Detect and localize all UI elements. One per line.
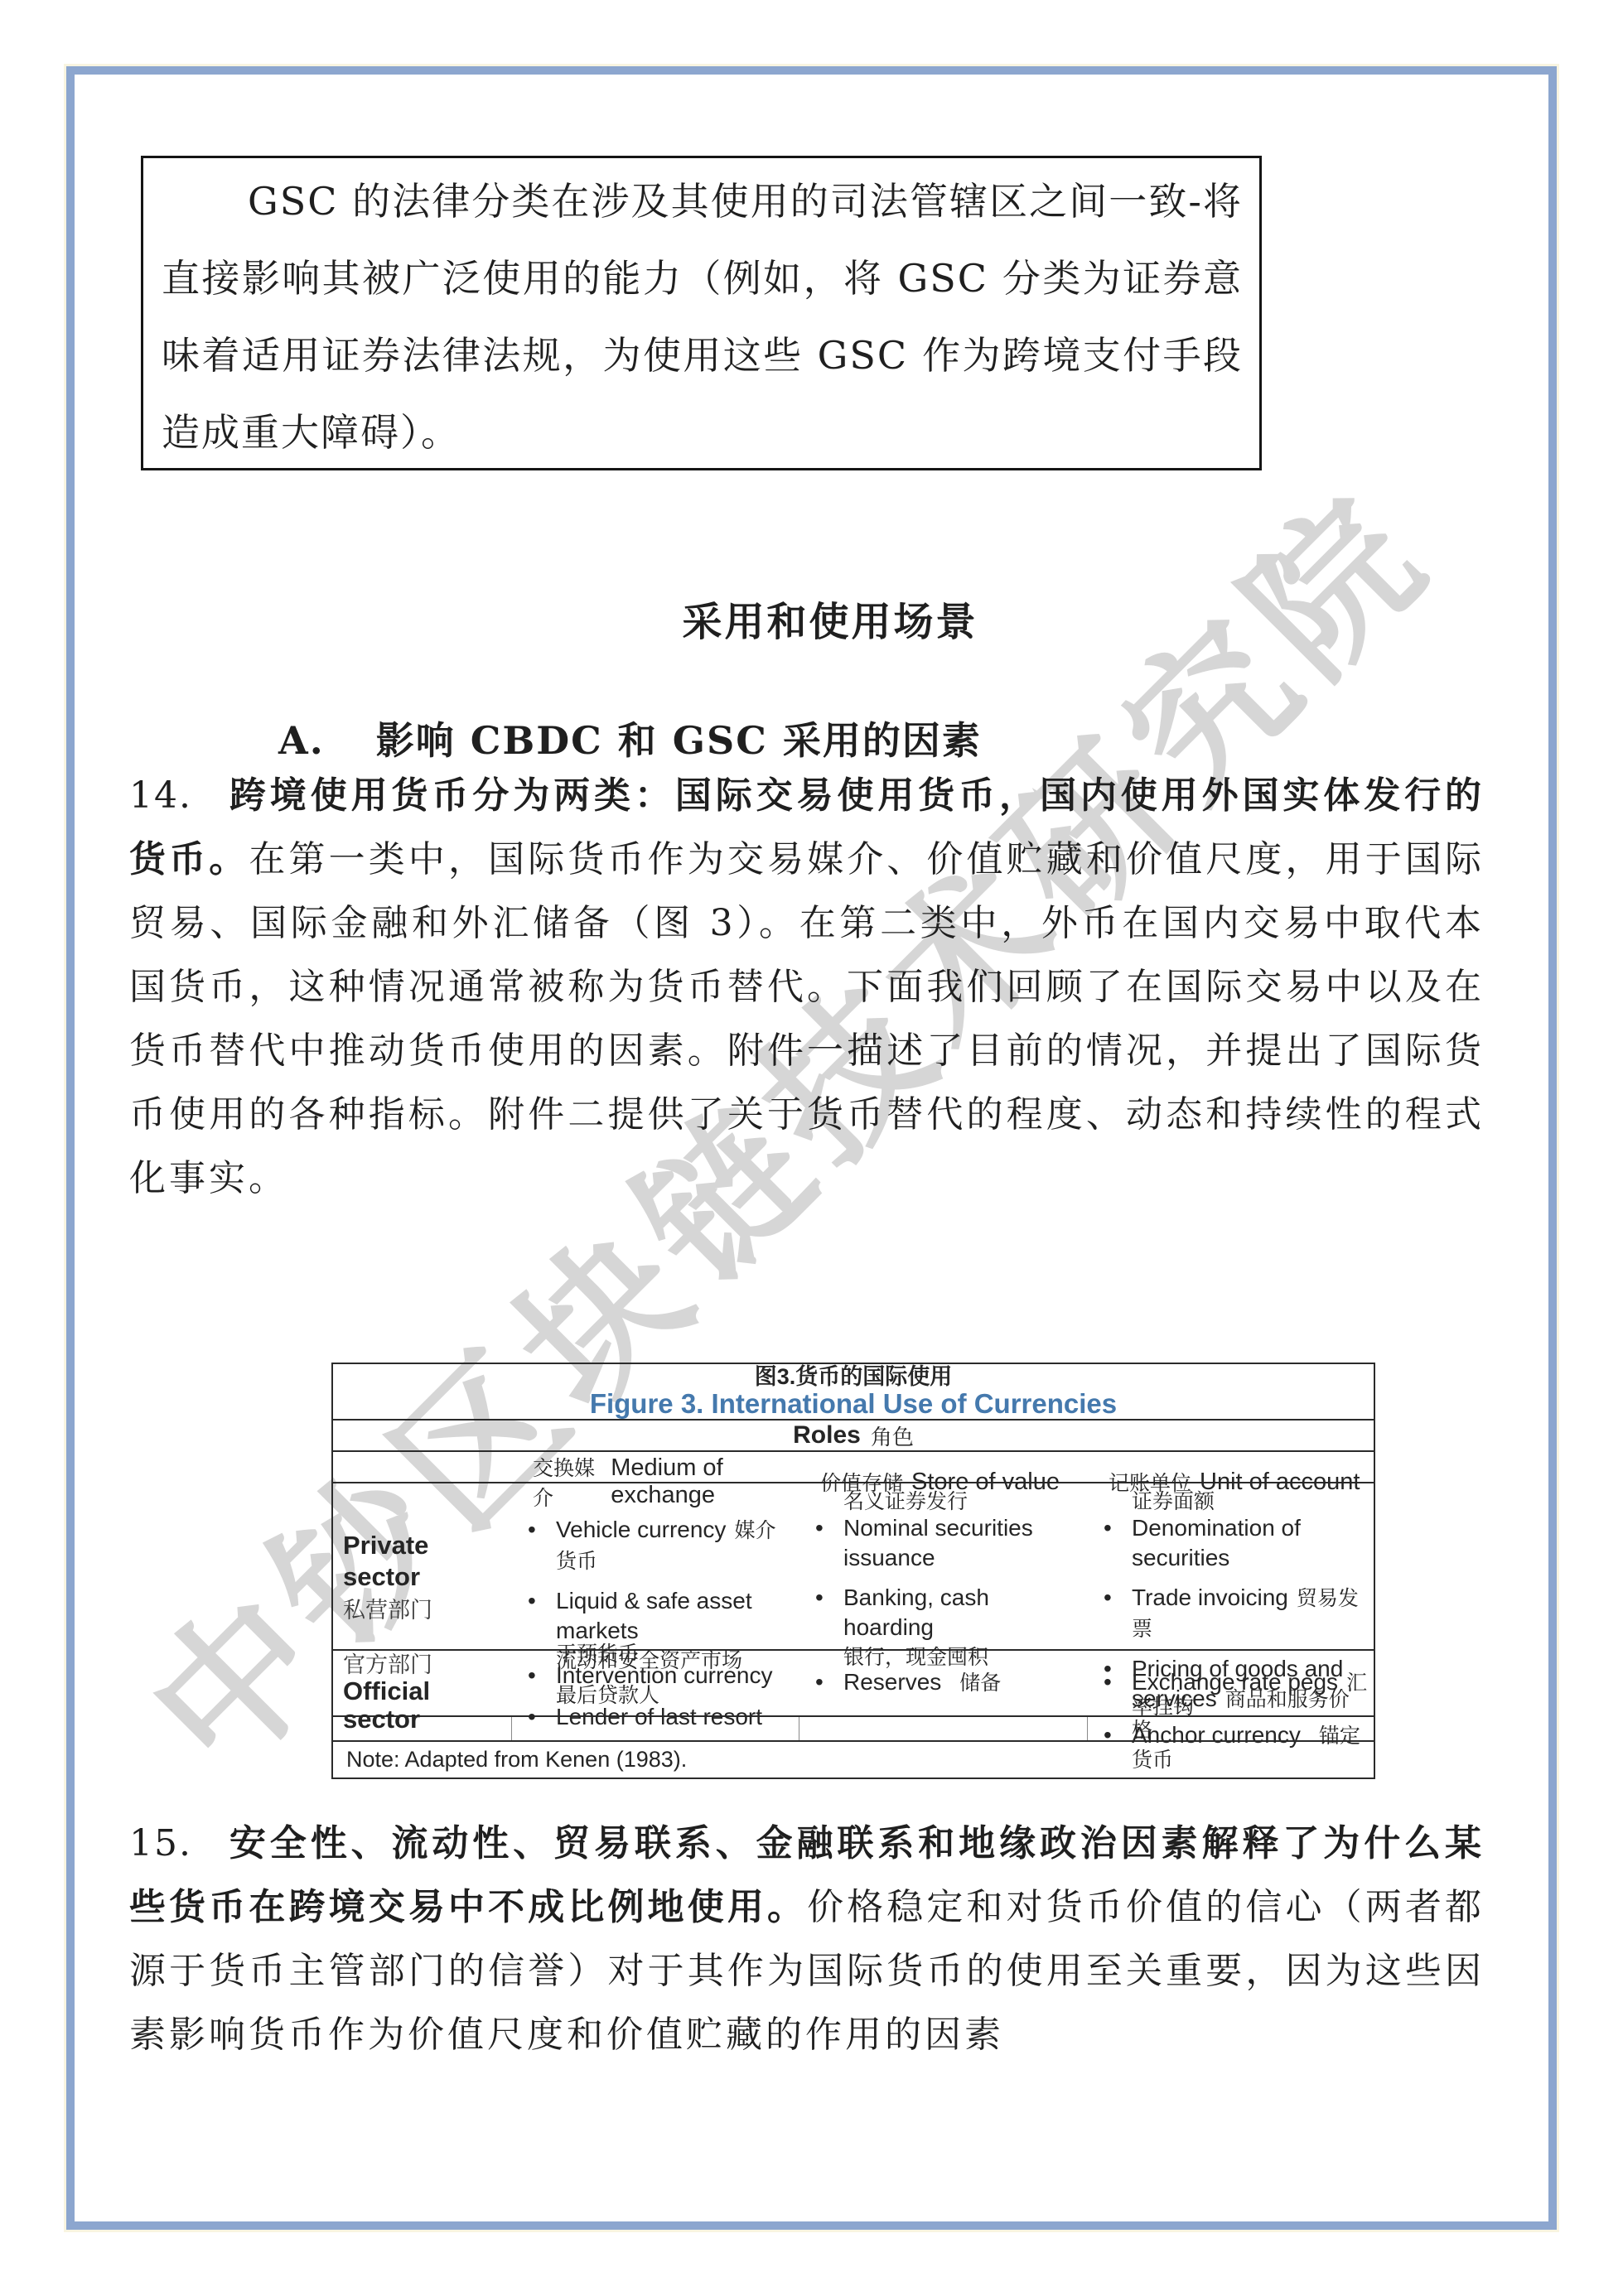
table-row-official-sector: 官方部门 Official sector 干预货币 • Intervention… <box>333 1651 1374 1717</box>
list-item-zh: 名义证券发行 <box>812 1490 1082 1513</box>
bullet-icon: • <box>1100 1583 1132 1644</box>
paragraph-14: 14.跨境使用货币分为两类：国际交易使用货币，国内使用外国实体发行的货币。在第一… <box>129 764 1485 1210</box>
bullet-icon: • <box>524 1586 556 1646</box>
bullet-icon: • <box>812 1513 843 1573</box>
list-item: • Denomination of securities <box>1100 1513 1369 1573</box>
bullet-icon: • <box>812 1671 843 1695</box>
paragraph-number: 14. <box>129 774 192 817</box>
figure-note: Note: Adapted from Kenen (1983). <box>333 1742 1374 1777</box>
list-item-zh: 干预货币 <box>524 1644 794 1664</box>
table-roles-header: Roles 角色 <box>333 1421 1374 1452</box>
list-item: • Exchange rate pegs汇率挂钩 <box>1100 1671 1369 1719</box>
list-item: • Trade invoicing贸易发票 <box>1100 1583 1369 1644</box>
table-column-headers: 交换媒介 Medium of exchange 价值存储 Store of va… <box>333 1452 1374 1483</box>
subsection-heading: A.影响 CBDC 和 GSC 采用的因素 <box>129 711 1485 765</box>
paragraph-15: 15.安全性、流动性、贸易联系、金融联系和地缘政治因素解释了为什么某些货币在跨境… <box>129 1811 1485 2067</box>
roles-label-zh: 角色 <box>871 1421 914 1451</box>
list-item-zh: 最后贷款人 <box>524 1686 794 1705</box>
callout-box: GSC 的法律分类在涉及其使用的司法管辖区之间一致-将直接影响其被广泛使用的能力… <box>141 156 1262 470</box>
list-item: • Reserves储备 <box>812 1671 1082 1695</box>
figure-3-table: 图3.货币的国际使用 Figure 3. International Use o… <box>331 1363 1375 1779</box>
list-item-zh: 证券面额 <box>1100 1490 1369 1513</box>
callout-text: GSC 的法律分类在涉及其使用的司法管辖区之间一致-将直接影响其被广泛使用的能力… <box>162 163 1243 471</box>
figure-title: 图3.货币的国际使用 Figure 3. International Use o… <box>333 1364 1374 1421</box>
figure-title-en: Figure 3. International Use of Currencie… <box>590 1389 1117 1419</box>
column-divider <box>1087 1717 1374 1740</box>
list-item: • Nominal securities issuance <box>812 1513 1082 1573</box>
bullet-icon: • <box>524 1664 556 1687</box>
bullet-icon: • <box>812 1583 843 1642</box>
bullet-icon: • <box>1100 1671 1132 1719</box>
paragraph-number: 15. <box>129 1822 192 1864</box>
table-row-empty <box>333 1717 1374 1742</box>
page-title: 采用和使用场景 <box>129 590 1485 647</box>
paragraph-body: 在第一类中，国际货币作为交易媒介、价值贮藏和价值尺度，用于国际贸易、国际金融和外… <box>129 838 1485 1199</box>
bullet-icon: • <box>524 1515 556 1576</box>
table-row-private-sector: Private sector 私营部门 • Vehicle currency媒介… <box>333 1483 1374 1651</box>
roles-label-en: Roles <box>793 1421 861 1449</box>
column-divider <box>799 1717 1087 1740</box>
column-divider <box>511 1717 799 1740</box>
bullet-icon: • <box>1100 1513 1132 1573</box>
figure-title-zh: 图3.货币的国际使用 <box>755 1364 953 1389</box>
document-page: GSC 的法律分类在涉及其使用的司法管辖区之间一致-将直接影响其被广泛使用的能力… <box>0 0 1623 2296</box>
list-item: • Vehicle currency媒介货币 <box>524 1515 794 1576</box>
list-item: • Banking, cash hoarding <box>812 1583 1082 1642</box>
list-item: • Liquid & safe asset markets <box>524 1586 794 1646</box>
subsection-label: A. <box>278 718 325 763</box>
subsection-title: 影响 CBDC 和 GSC 采用的因素 <box>376 718 982 763</box>
